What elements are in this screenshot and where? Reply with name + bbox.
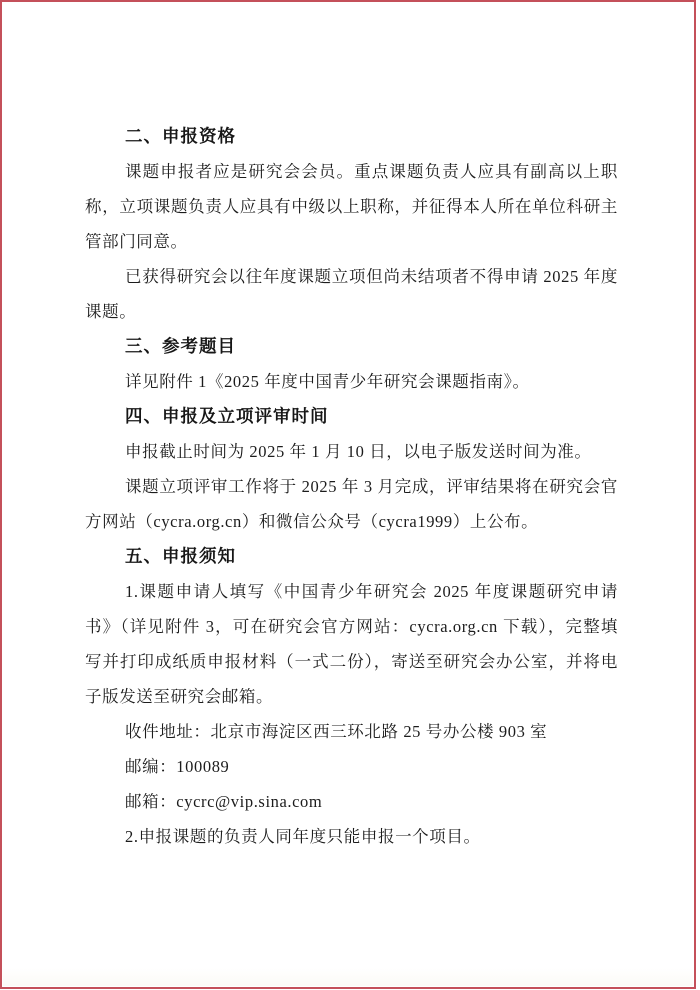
- section-reference-topics: 三、参考题目 详见附件 1《2025 年度中国青少年研究会课题指南》。: [85, 329, 618, 399]
- section-review-schedule: 四、申报及立项评审时间 申报截止时间为 2025 年 1 月 10 日，以电子版…: [85, 399, 618, 539]
- paragraph: 1.课题申请人填写《中国青少年研究会 2025 年度课题研究申请书》（详见附件 …: [85, 574, 618, 714]
- paragraph: 2.申报课题的负责人同年度只能申报一个项目。: [85, 819, 618, 854]
- section-application-notes: 五、申报须知 1.课题申请人填写《中国青少年研究会 2025 年度课题研究申请书…: [85, 539, 618, 854]
- document-content: 二、申报资格 课题申报者应是研究会会员。重点课题负责人应具有副高以上职称，立项课…: [85, 119, 618, 854]
- paragraph-email: 邮箱：cycrc@vip.sina.com: [85, 784, 618, 819]
- section-application-qualification: 二、申报资格 课题申报者应是研究会会员。重点课题负责人应具有副高以上职称，立项课…: [85, 119, 618, 329]
- paragraph: 申报截止时间为 2025 年 1 月 10 日，以电子版发送时间为准。: [85, 434, 618, 469]
- paragraph-postal-code: 邮编：100089: [85, 749, 618, 784]
- section-heading: 五、申报须知: [85, 539, 618, 574]
- paragraph: 已获得研究会以往年度课题立项但尚未结项者不得申请 2025 年度课题。: [85, 259, 618, 329]
- paragraph-mailing-address: 收件地址：北京市海淀区西三环北路 25 号办公楼 903 室: [85, 714, 618, 749]
- section-heading: 三、参考题目: [85, 329, 618, 364]
- section-heading: 二、申报资格: [85, 119, 618, 154]
- paragraph: 课题立项评审工作将于 2025 年 3 月完成，评审结果将在研究会官方网站（cy…: [85, 469, 618, 539]
- paragraph: 详见附件 1《2025 年度中国青少年研究会课题指南》。: [85, 364, 618, 399]
- scan-shading: [3, 968, 693, 986]
- paragraph: 课题申报者应是研究会会员。重点课题负责人应具有副高以上职称，立项课题负责人应具有…: [85, 154, 618, 259]
- section-heading: 四、申报及立项评审时间: [85, 399, 618, 434]
